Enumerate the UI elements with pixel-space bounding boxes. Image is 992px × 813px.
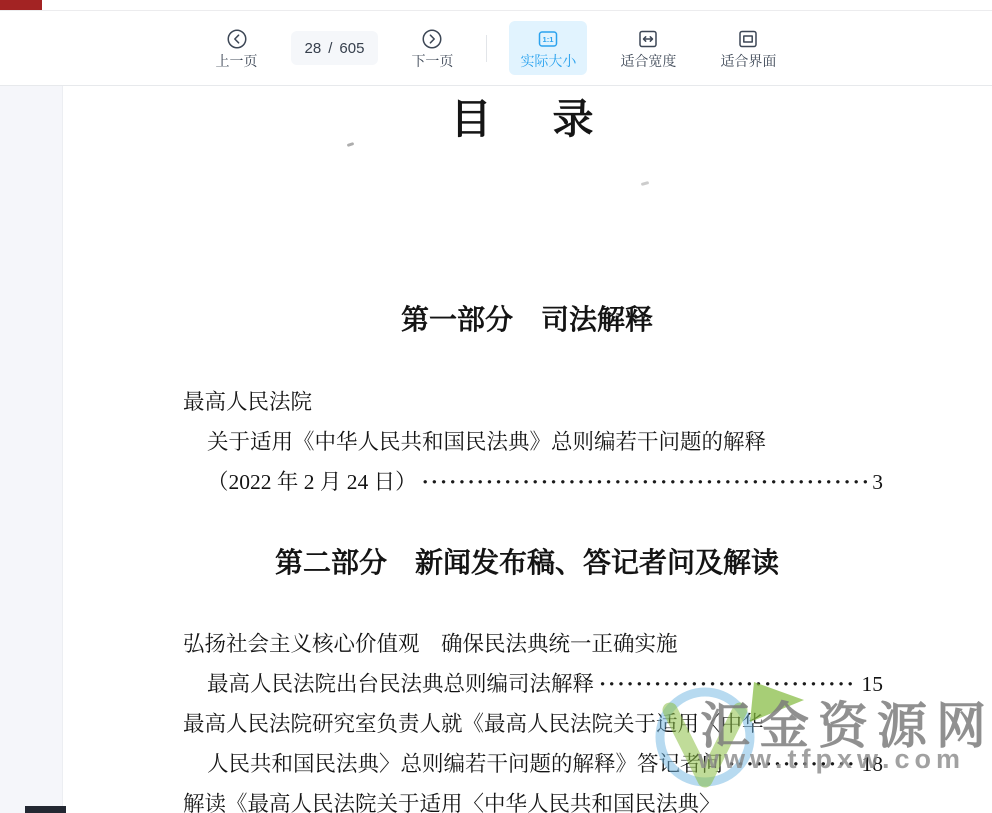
circle-chevron-right-icon xyxy=(421,28,443,50)
toolbar-divider xyxy=(486,35,487,62)
prev-page-button[interactable]: 上一页 xyxy=(205,21,269,75)
toc-line: 最高人民法院 xyxy=(183,385,883,416)
toc-title: 目 录 xyxy=(62,86,992,145)
fit-page-label: 适合界面 xyxy=(720,54,776,68)
document-viewport[interactable]: 目 录 第一部分 司法解释 最高人民法院 关于适用《中华人民共和国民法典》总则编… xyxy=(0,86,992,813)
toc-line: 弘扬社会主义核心价值观 确保民法典统一正确实施 xyxy=(183,627,883,658)
part1-heading: 第一部分 司法解释 xyxy=(62,298,992,338)
watermark-site-url: www.tfpxw.com xyxy=(698,744,965,775)
dot-leader: ········································… xyxy=(422,470,868,495)
viewer-toolbar: 上一页 28 / 605 下一页 1:1 实际大 xyxy=(0,11,992,86)
record-badge xyxy=(0,0,42,10)
page-separator: / xyxy=(328,40,332,57)
circle-chevron-left-icon xyxy=(226,28,248,50)
fit-width-label: 适合宽度 xyxy=(620,54,676,68)
fit-page-button[interactable]: 适合界面 xyxy=(709,21,787,75)
fit-page-icon xyxy=(737,28,759,50)
toc-line: （2022 年 2 月 24 日） ······················… xyxy=(207,465,883,496)
toc-line: 关于适用《中华人民共和国民法典》总则编若干问题的解释 xyxy=(207,425,883,456)
toc-page-number: 3 xyxy=(872,470,883,495)
top-strip xyxy=(0,0,992,11)
one-to-one-icon: 1:1 xyxy=(537,28,559,50)
scan-speck xyxy=(641,181,650,186)
one-to-one-icon-text: 1:1 xyxy=(543,35,555,44)
toc-entry-text: （2022 年 2 月 24 日） xyxy=(207,465,417,496)
next-page-button[interactable]: 下一页 xyxy=(400,21,464,75)
page-total: 605 xyxy=(339,40,364,57)
pdf-viewer-window: 上一页 28 / 605 下一页 1:1 实际大 xyxy=(0,0,992,813)
bottom-left-bar xyxy=(25,806,66,813)
prev-page-label: 上一页 xyxy=(216,54,258,68)
page-number-box[interactable]: 28 / 605 xyxy=(291,31,379,65)
part2-heading: 第二部分 新闻发布稿、答记者问及解读 xyxy=(62,541,992,581)
page-current-input[interactable]: 28 xyxy=(305,40,322,57)
scan-speck xyxy=(347,142,355,147)
actual-size-label: 实际大小 xyxy=(520,54,576,68)
actual-size-button[interactable]: 1:1 实际大小 xyxy=(509,21,587,75)
toc-entry-text: 最高人民法院出台民法典总则编司法解释 xyxy=(207,667,594,698)
fit-width-icon xyxy=(637,28,659,50)
next-page-label: 下一页 xyxy=(411,54,453,68)
fit-width-button[interactable]: 适合宽度 xyxy=(609,21,687,75)
